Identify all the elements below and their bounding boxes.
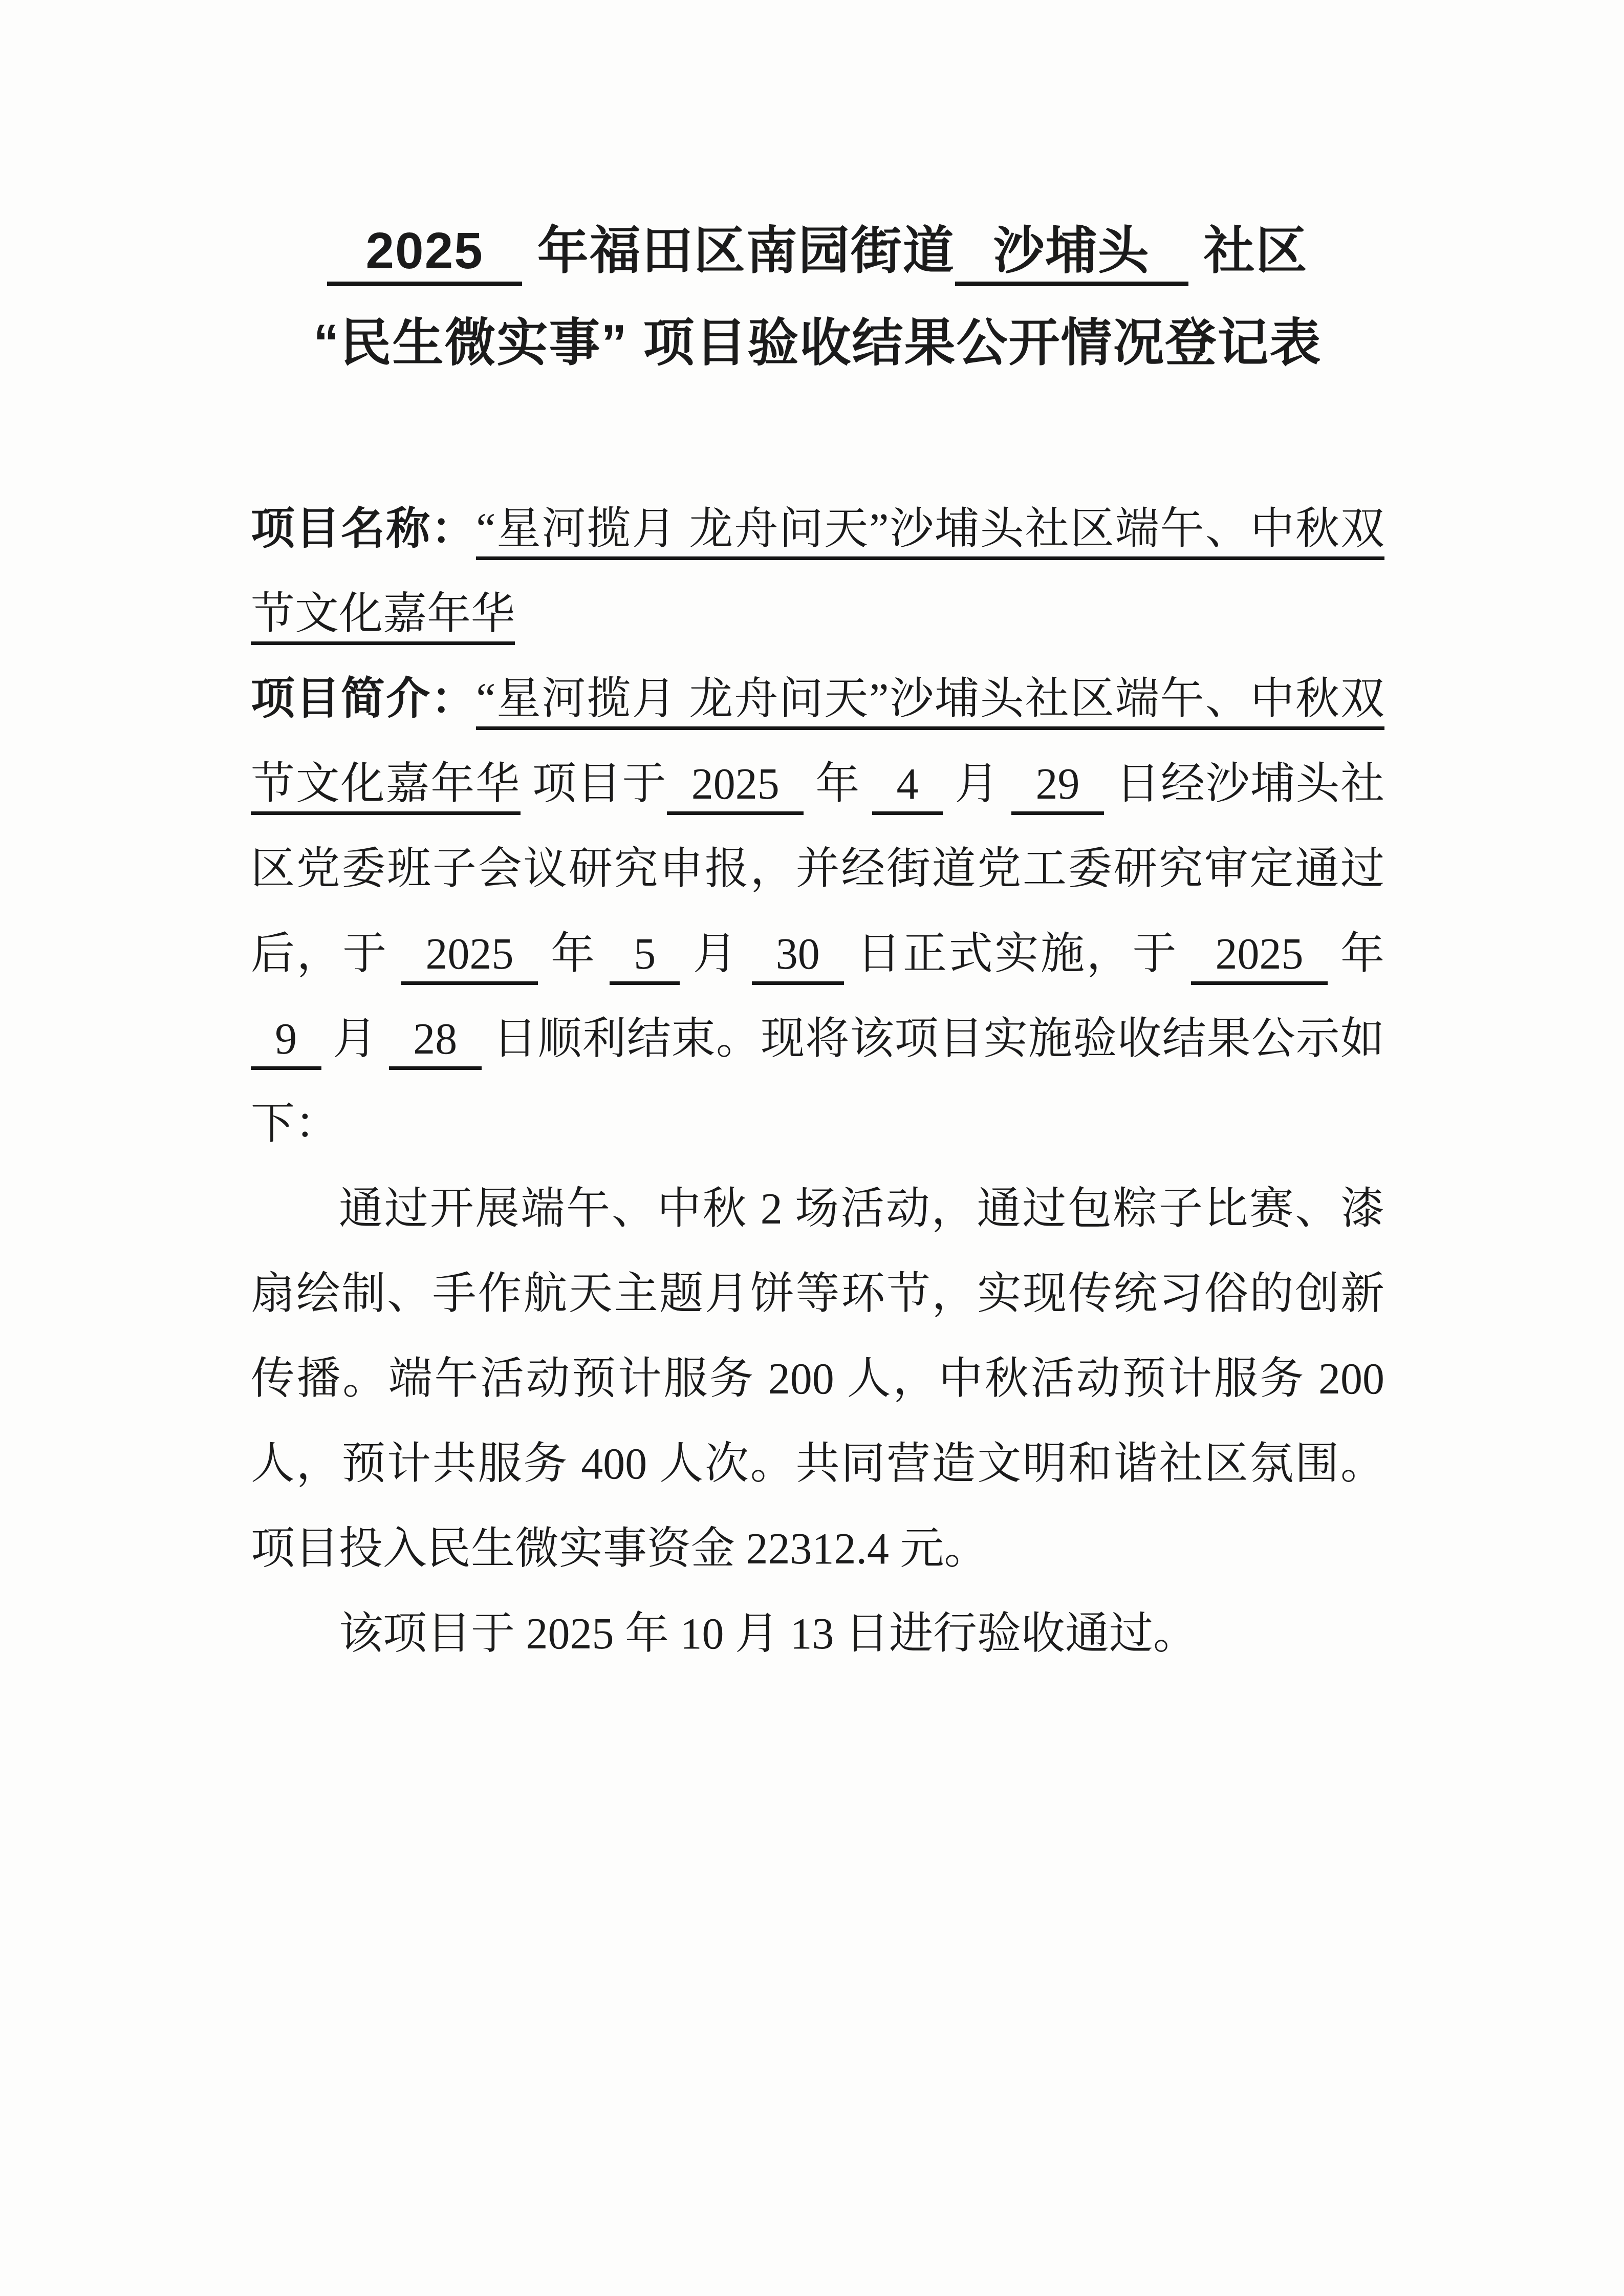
paragraph: 项目名称：“星河揽月 龙舟问天”沙埔头社区端午、中秋双节文化嘉年华 <box>251 486 1384 656</box>
text-segment: 年 <box>538 929 610 978</box>
filled-blank-underlined: 28 <box>389 1014 482 1070</box>
field-label: 项目名称： <box>251 504 476 553</box>
filled-blank-underlined: 29 <box>1011 759 1104 815</box>
paragraph: 该项目于 2025 年 10 月 13 日进行验收通过。 <box>251 1591 1384 1676</box>
text-segment: 月 <box>321 1014 389 1063</box>
text-segment: 年 <box>804 759 872 808</box>
text-segment: 项目于 <box>521 759 667 808</box>
paragraph: 项目简介：“星河揽月 龙舟问天”沙埔头社区端午、中秋双节文化嘉年华 项目于202… <box>251 656 1384 1166</box>
filled-blank-underlined: 沙埔头 <box>955 222 1188 286</box>
filled-blank-underlined: 30 <box>752 929 845 985</box>
filled-blank-underlined: 9 <box>251 1014 321 1070</box>
filled-blank-underlined: 2025 <box>667 759 804 815</box>
filled-blank-underlined: 2025 <box>327 222 522 286</box>
document-content: 2025 年福田区南园街道沙埔头 社区“民生微实事” 项目验收结果公开情况登记表… <box>251 205 1384 1676</box>
text-segment: 该项目于 2025 年 10 月 13 日进行验收通过。 <box>339 1609 1197 1658</box>
text-segment: 年福田区南园街道 <box>522 222 955 280</box>
document-title: 2025 年福田区南园街道沙埔头 社区“民生微实事” 项目验收结果公开情况登记表 <box>251 205 1384 389</box>
text-segment: “民生微实事” 项目验收结果公开情况登记表 <box>314 314 1322 372</box>
title-line: “民生微实事” 项目验收结果公开情况登记表 <box>251 297 1384 389</box>
title-line: 2025 年福田区南园街道沙埔头 社区 <box>251 205 1384 297</box>
text-segment: 月 <box>943 759 1011 808</box>
filled-blank-underlined: 2025 <box>401 929 538 985</box>
text-segment: 通过开展端午、中秋 2 场活动，通过包粽子比赛、漆扇绘制、手作航天主题月饼等环节… <box>251 1184 1396 1573</box>
filled-blank-underlined: 2025 <box>1191 929 1328 985</box>
text-segment: 月 <box>680 929 751 978</box>
filled-blank-underlined: 4 <box>872 759 943 815</box>
paragraph: 通过开展端午、中秋 2 场活动，通过包粽子比赛、漆扇绘制、手作航天主题月饼等环节… <box>251 1166 1384 1591</box>
filled-blank-underlined: 5 <box>610 929 680 985</box>
text-segment: 日正式实施，于 <box>844 929 1191 978</box>
document-body: 项目名称：“星河揽月 龙舟问天”沙埔头社区端午、中秋双节文化嘉年华项目简介：“星… <box>251 486 1384 1676</box>
field-label: 项目简介： <box>251 674 476 723</box>
text-segment: 年 <box>1328 929 1396 978</box>
scanned-page: 2025 年福田区南园街道沙埔头 社区“民生微实事” 项目验收结果公开情况登记表… <box>0 0 1624 2296</box>
text-segment: 社区 <box>1188 222 1308 280</box>
